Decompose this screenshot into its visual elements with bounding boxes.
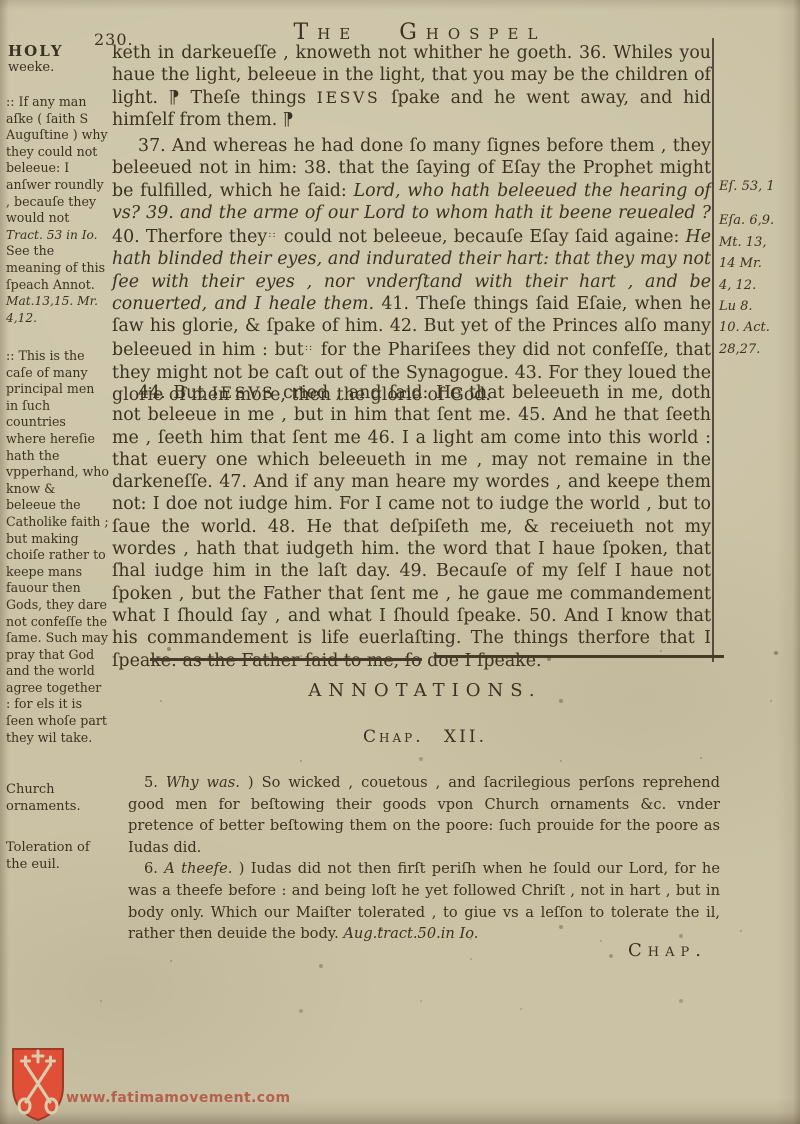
scanned-book-page: 230. The Ghospel HOLY weeke. :: If any m… <box>0 0 800 1124</box>
margin-heading-holy: HOLY <box>8 42 64 60</box>
scripture-ref: Eſ. 53, 1 <box>719 176 797 197</box>
margin-label-toleration: Toleration of the euil. <box>6 840 109 873</box>
margin-scripture-references: Eſ. 53, 1 Eſa. 6,9. Mt. 13, 14 Mr. 4, 12… <box>719 176 797 360</box>
margin-heading-weeke: weeke. <box>8 60 54 75</box>
scripture-ref: 14 Mr. <box>719 253 797 274</box>
annotation-note-6: 6. A theefe. ) Iudas did not then firſt … <box>128 858 720 944</box>
margin-label-church-ornaments: Church ornaments. <box>6 782 109 815</box>
margin-note-augustine: :: If any man aſke ( ſaith S Auguſtine )… <box>6 94 109 326</box>
gospel-paragraph-continuation: keth in darkeueſſe , knoweth not whither… <box>112 42 711 131</box>
scripture-ref: 28,27. <box>719 339 797 360</box>
scripture-ref: 10. Act. <box>719 317 797 338</box>
catchword: Chap. <box>628 940 707 961</box>
gospel-paragraph-verses-37-43: 37. And whereas he had done ſo many ſign… <box>112 135 711 406</box>
annotation-note-5: 5. Why was. ) So wicked , couetous , and… <box>128 772 720 858</box>
margin-note-case-of-many: :: This is the caſe of many principal me… <box>6 348 109 746</box>
scripture-ref: 4, 12. <box>719 275 797 296</box>
gospel-paragraph-verses-44-50: 44. But IESVS cried , and ſaid: He that … <box>112 382 711 672</box>
chapter-heading: Chap. XII. <box>120 727 730 747</box>
scripture-ref: Eſa. 6,9. <box>719 210 797 231</box>
ink-specks <box>0 0 2 2</box>
section-rule-left <box>150 658 422 661</box>
crossed-keys-shield-icon <box>10 1046 66 1124</box>
scripture-ref: Mt. 13, <box>719 232 797 253</box>
annotations-body: 5. Why was. ) So wicked , couetous , and… <box>128 772 720 945</box>
watermark-url: www.fatimamovement.com <box>66 1090 290 1106</box>
section-rule-right <box>434 655 724 658</box>
scripture-ref: Lu 8. <box>719 296 797 317</box>
margin-rule-vertical <box>712 38 714 662</box>
annotations-heading: ANNOTATIONS. <box>120 680 730 701</box>
